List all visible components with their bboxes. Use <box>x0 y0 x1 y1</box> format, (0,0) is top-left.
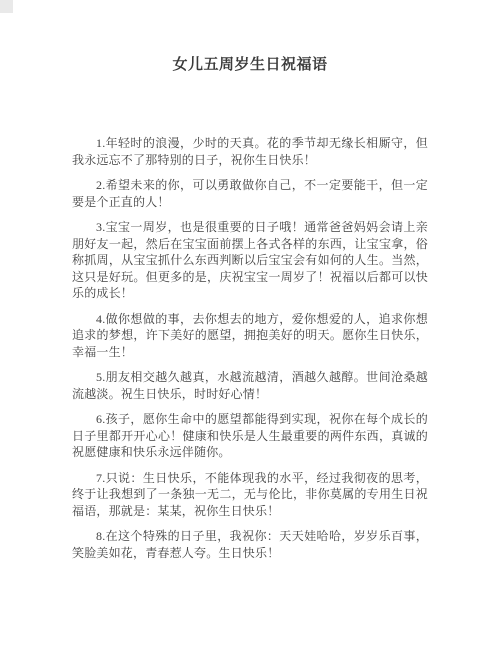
paragraph-2: 2.希望未来的你，可以勇敢做你自己，不一定要能干，但一定要是个正直的人！ <box>72 177 428 210</box>
corner-artifact <box>0 0 13 13</box>
paragraph-4: 4.做你想做的事，去你想去的地方，爱你想爱的人，追求你想追求的梦想，许下美好的愿… <box>72 311 428 361</box>
paragraph-1: 1.年轻时的浪漫，少时的天真。花的季节却无缘长相厮守，但我永远忘不了那特别的日子… <box>72 135 428 168</box>
paragraph-7: 7.只说：生日快乐，不能体现我的水平，经过我彻夜的思考，终于让我想到了一条独一无… <box>72 470 428 520</box>
paragraph-5: 5.朋友相交越久越真，水越流越清，酒越久越醇。世间沧桑越流越淡。祝生日快乐，时时… <box>72 369 428 402</box>
paragraph-8: 8.在这个特殊的日子里，我祝你：天天娃哈哈，岁岁乐百事，笑脸美如花，青春惹人夸。… <box>72 528 428 561</box>
paragraph-3: 3.宝宝一周岁，也是很重要的日子哦！通常爸爸妈妈会请上亲朋好友一起，然后在宝宝面… <box>72 219 428 302</box>
document-body: 1.年轻时的浪漫，少时的天真。花的季节却无缘长相厮守，但我永远忘不了那特别的日子… <box>72 135 428 561</box>
paragraph-6: 6.孩子，愿你生命中的愿望都能得到实现，祝你在每个成长的日子里都开开心心！健康和… <box>72 411 428 461</box>
page-title: 女儿五周岁生日祝福语 <box>0 0 500 74</box>
